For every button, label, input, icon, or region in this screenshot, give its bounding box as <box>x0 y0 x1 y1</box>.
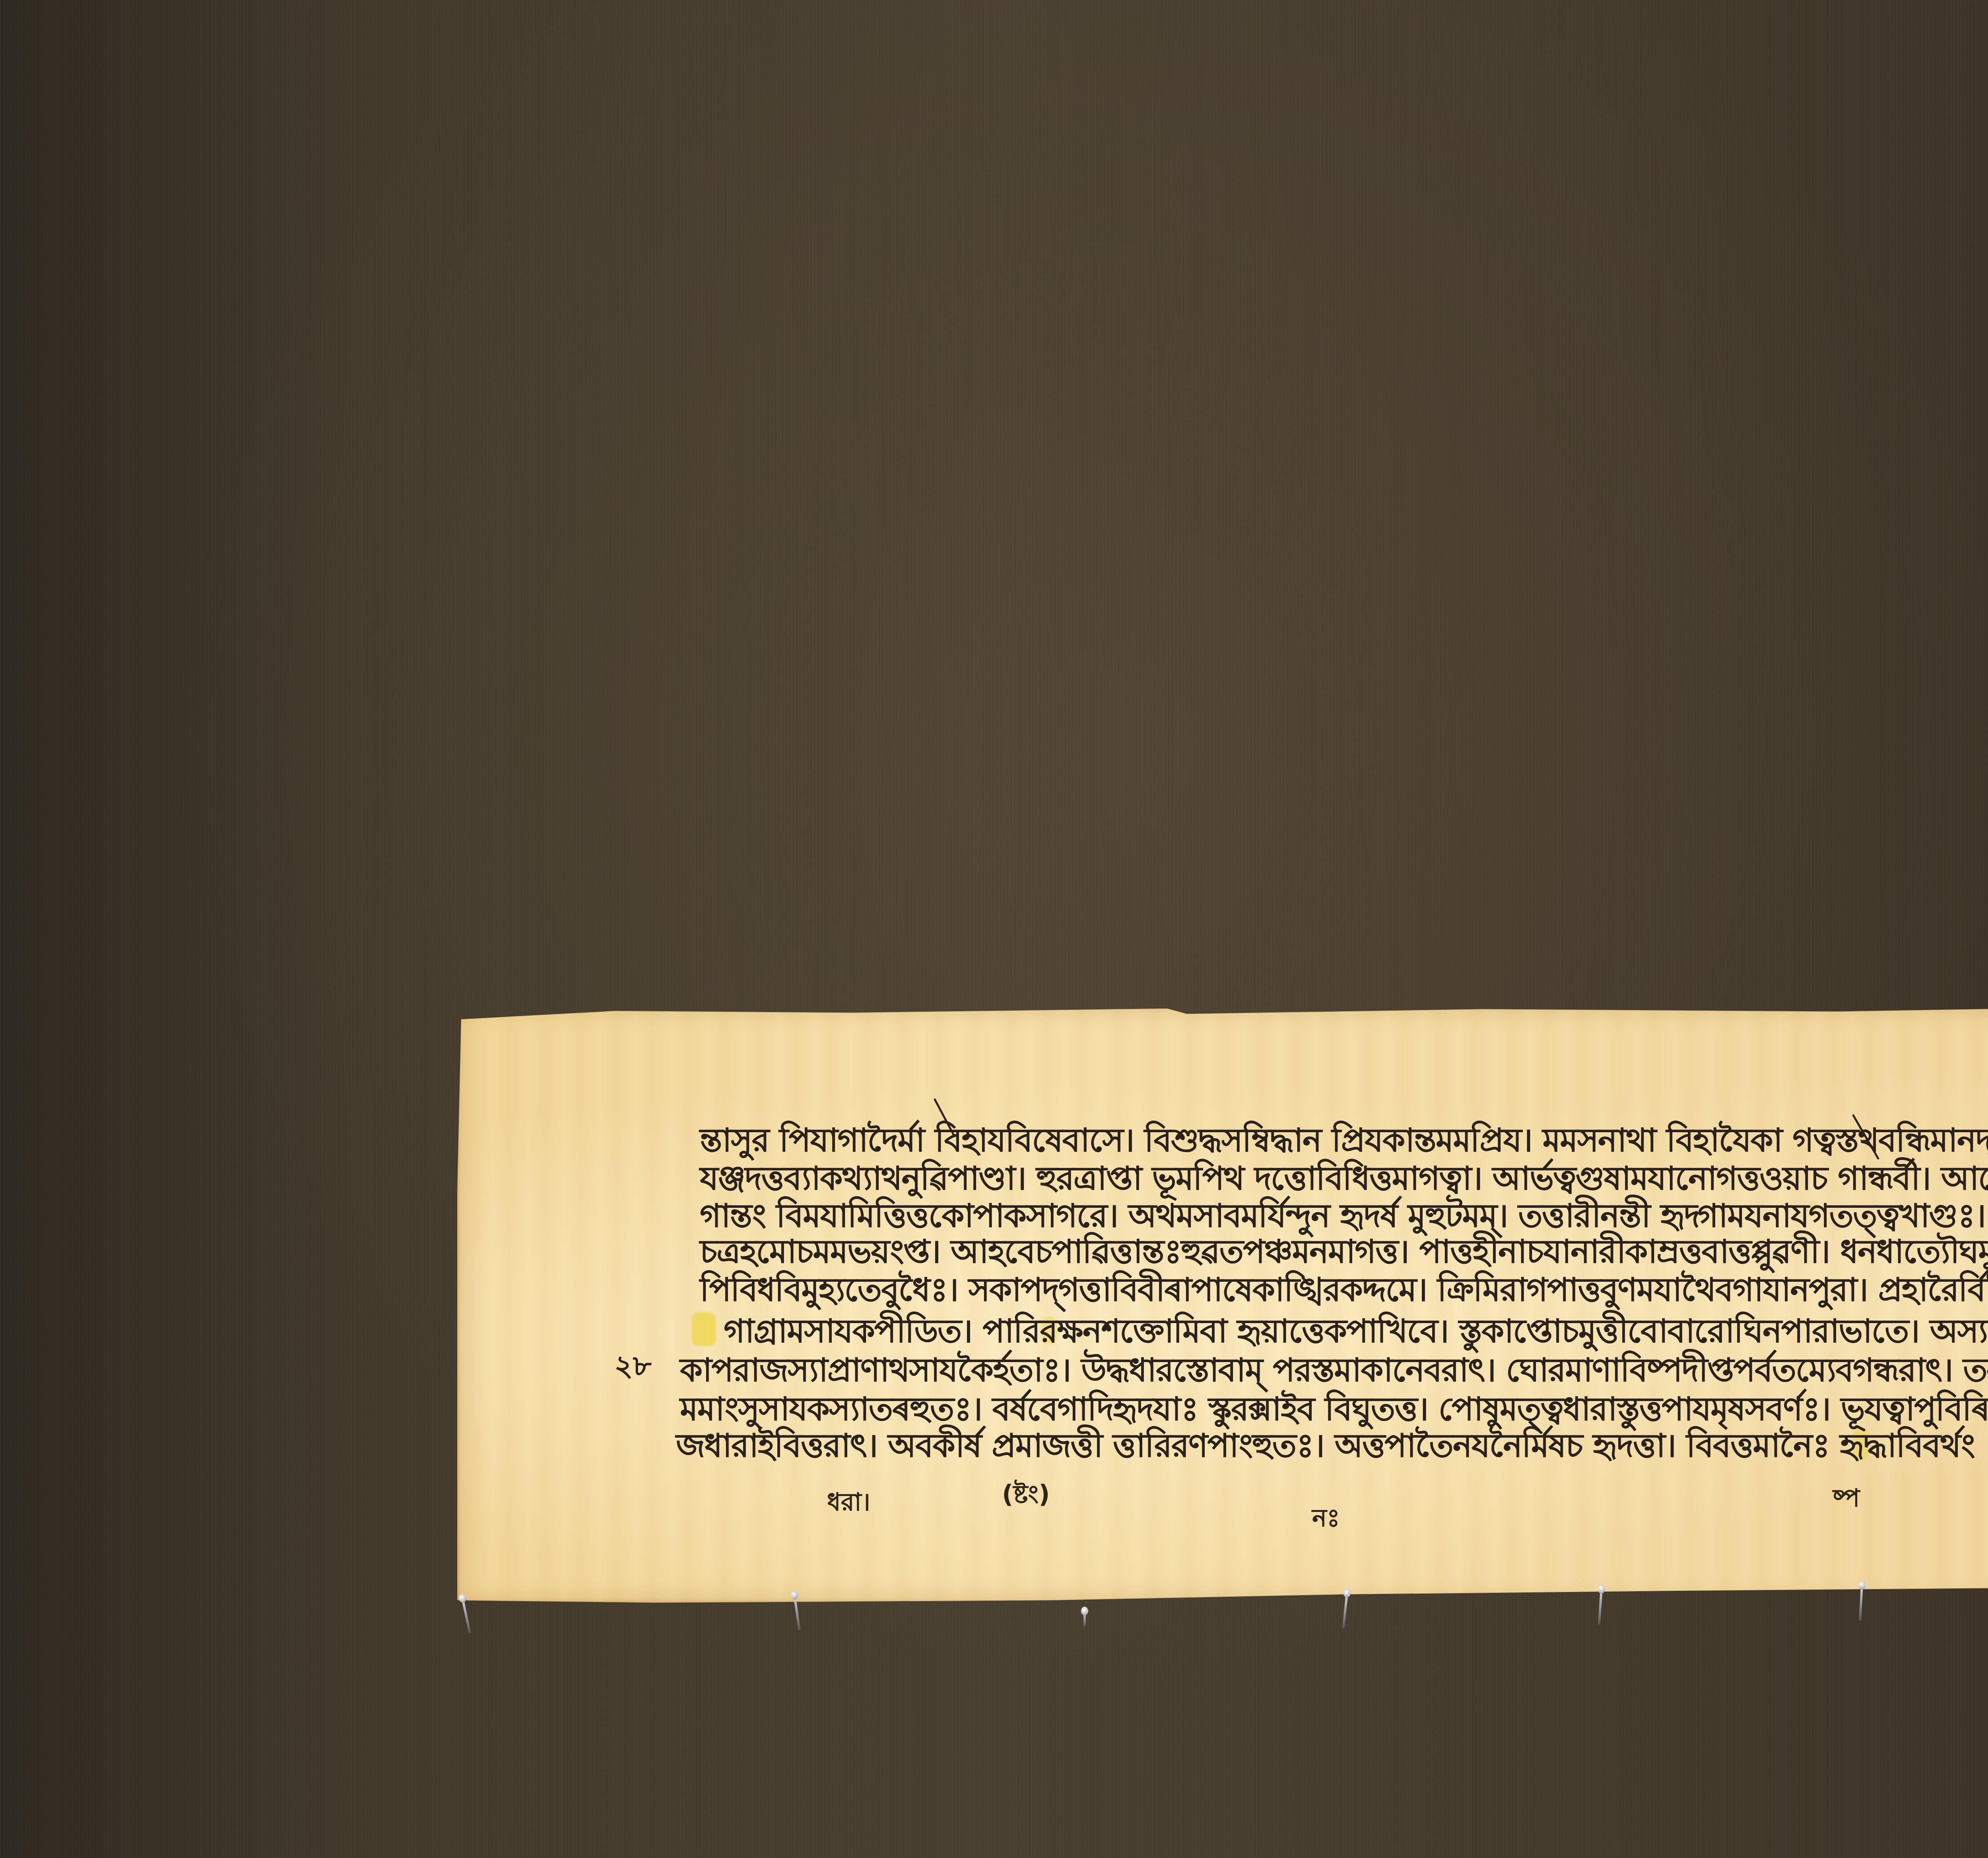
marginal-gloss: (ষ্টং) <box>1002 1475 1050 1516</box>
mounting-pin <box>1342 1593 1348 1629</box>
manuscript-line-9: জধারাইবিত্তরাৎ। অবকীর্ষ প্রমাজত্তী ত্তার… <box>676 1427 1974 1465</box>
marginal-gloss: ধরা। <box>827 1483 870 1524</box>
manuscript-line-5: পিবিধবিমুহ্যতেবুধৈঃ। সকাপদ্‌গত্তাবিবীৰাপ… <box>700 1271 1988 1309</box>
mounting-pin <box>1083 1611 1086 1627</box>
mounting-pin <box>1859 1585 1863 1621</box>
manuscript-line-3: গান্তং বিমযামিত্তিত্তকোপাকসাগরে। অথমসাবম… <box>700 1197 1988 1235</box>
mounting-pin <box>461 1598 471 1633</box>
manuscript-line-2: যঞ্জদত্তব্যাকথ্যাথনুৱিপাণ্ডা। হুরত্রাপ্ত… <box>700 1160 1988 1198</box>
marginal-gloss: নঃ <box>1312 1499 1340 1540</box>
folio-number-left: ২৮ <box>614 1344 652 1392</box>
manuscript-line-4: চত্রহমোচমমভয়ংপ্ত। আহবেচপাৱিত্তান্তঃহুৱত… <box>700 1233 1988 1271</box>
manuscript-line-1: ন্তাসুর পিযাগাদৈৰ্মা বিহাযবিষেবাসে। বিশু… <box>700 1121 1988 1160</box>
mounting-pin <box>1598 1589 1603 1625</box>
manuscript-line-7: কাপরাজস্যাপ্রাণাথসাযকৈর্হতাঃ। উদ্ধধারস্ত… <box>680 1351 1988 1390</box>
yellow-correction-mark <box>692 1312 716 1346</box>
manuscript-line-6: গাগ্ৰামসাযকপীডিত। পারিরক্ষনশক্তোমিবা হৃয… <box>724 1312 1988 1351</box>
marginal-gloss: ষ্প <box>1833 1479 1860 1520</box>
manuscript-line-8: মমাংসুসাযকস্যাতৰহুতঃ। বর্ষবেগাদিহৃদযাঃ স… <box>680 1390 1988 1428</box>
